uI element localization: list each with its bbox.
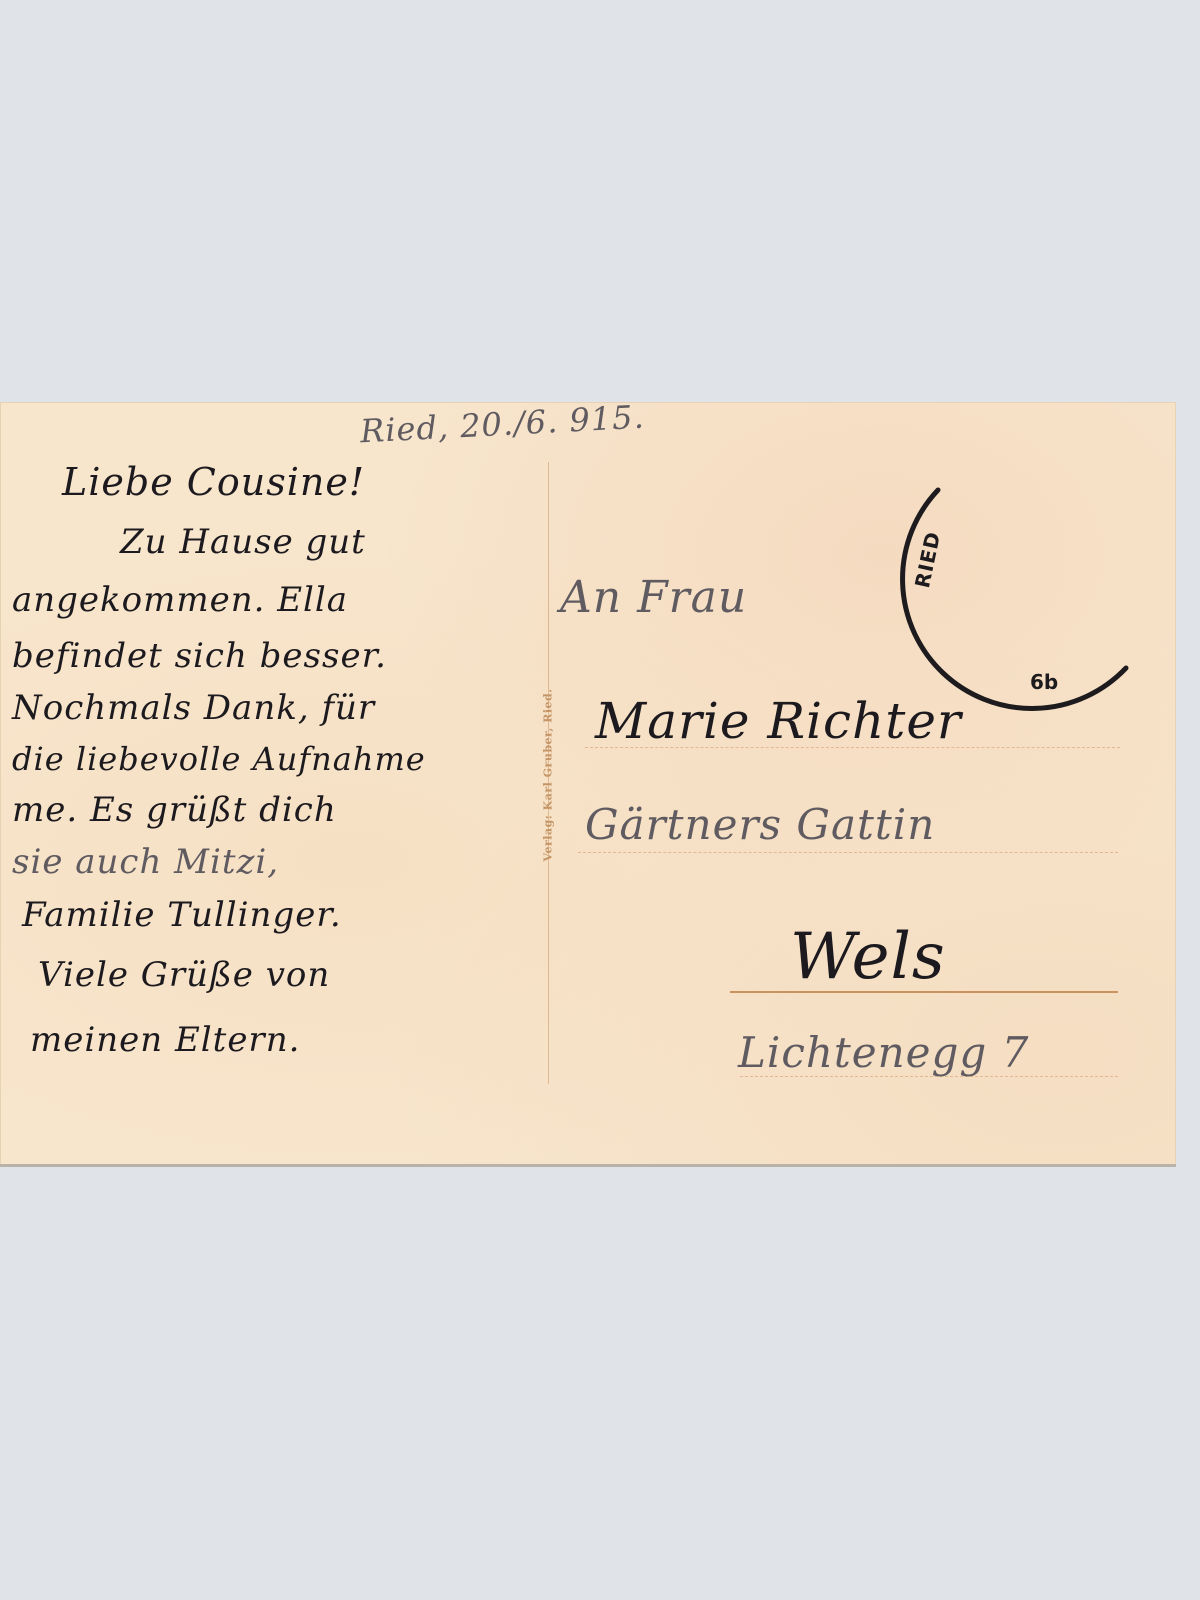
message-line: angekommen. Ella [12, 580, 348, 620]
address-city: Wels [790, 920, 946, 994]
message-line: Viele Grüße von [38, 955, 330, 995]
message-line: befindet sich besser. [12, 636, 387, 676]
postcard-edge [0, 1164, 1176, 1167]
message-line: me. Es grüßt dich [12, 790, 337, 830]
message-line: die liebevolle Aufnahme [12, 740, 426, 778]
publisher-imprint: Verlag: Karl Gruber, Ried. [542, 688, 555, 861]
message-line: Zu Hause gut [120, 522, 366, 562]
address-salutation: An Frau [560, 572, 747, 623]
address-title: Gärtners Gattin [585, 800, 935, 849]
address-street: Lichtenegg 7 [738, 1028, 1029, 1077]
message-line: meinen Eltern. [30, 1020, 300, 1060]
message-line: Liebe Cousine! [62, 460, 365, 504]
address-line-2 [578, 852, 1118, 853]
postmark-icon [898, 478, 1138, 718]
message-line: Familie Tullinger. [22, 895, 342, 935]
postmark-code: 6b [1030, 670, 1058, 694]
message-line: sie auch Mitzi, [12, 842, 279, 882]
address-name: Marie Richter [595, 692, 962, 750]
message-line: Nochmals Dank, für [12, 688, 375, 728]
